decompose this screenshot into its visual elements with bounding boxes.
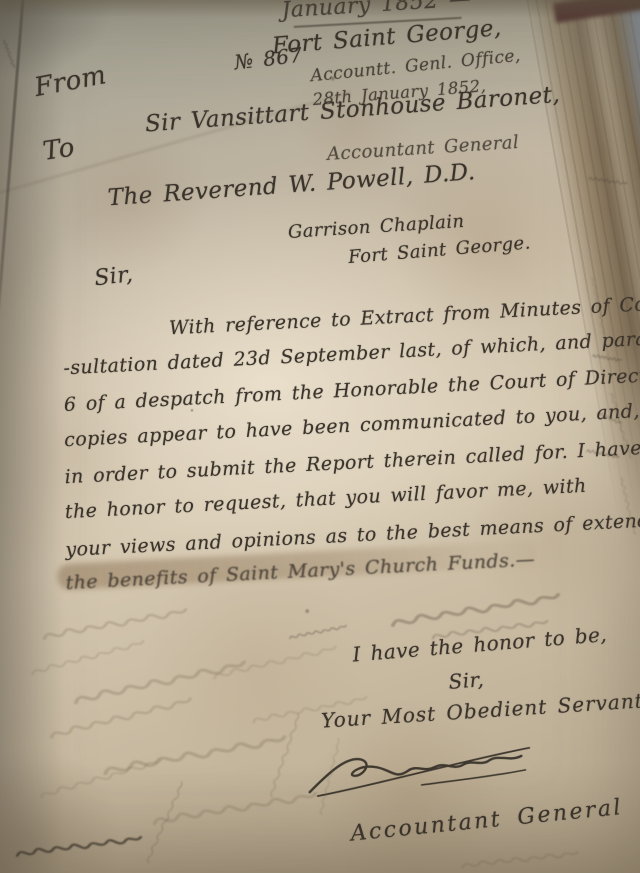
- salutation: Sir,: [93, 262, 134, 291]
- to-label: To: [41, 133, 77, 167]
- signature-scrawl: [303, 740, 539, 802]
- from-label: From: [32, 60, 109, 103]
- closing-line-3: Your Most Obedient Servant,: [320, 688, 640, 733]
- closing-line-2: Sir,: [448, 667, 485, 694]
- to-name: The Reverend W. Powell, D.D.: [107, 159, 476, 211]
- to-title-2: Fort Saint George.: [348, 232, 532, 268]
- from-title: Accountant General: [327, 132, 520, 165]
- signature-title: Accountant General: [349, 795, 624, 847]
- letter-photo: January 1852 — № 867 Fort Saint George, …: [0, 0, 640, 873]
- closing-line-1: I have the honor to be,: [352, 622, 608, 666]
- to-title-1: Garrison Chaplain: [287, 211, 465, 243]
- letter-page: January 1852 — № 867 Fort Saint George, …: [0, 0, 640, 873]
